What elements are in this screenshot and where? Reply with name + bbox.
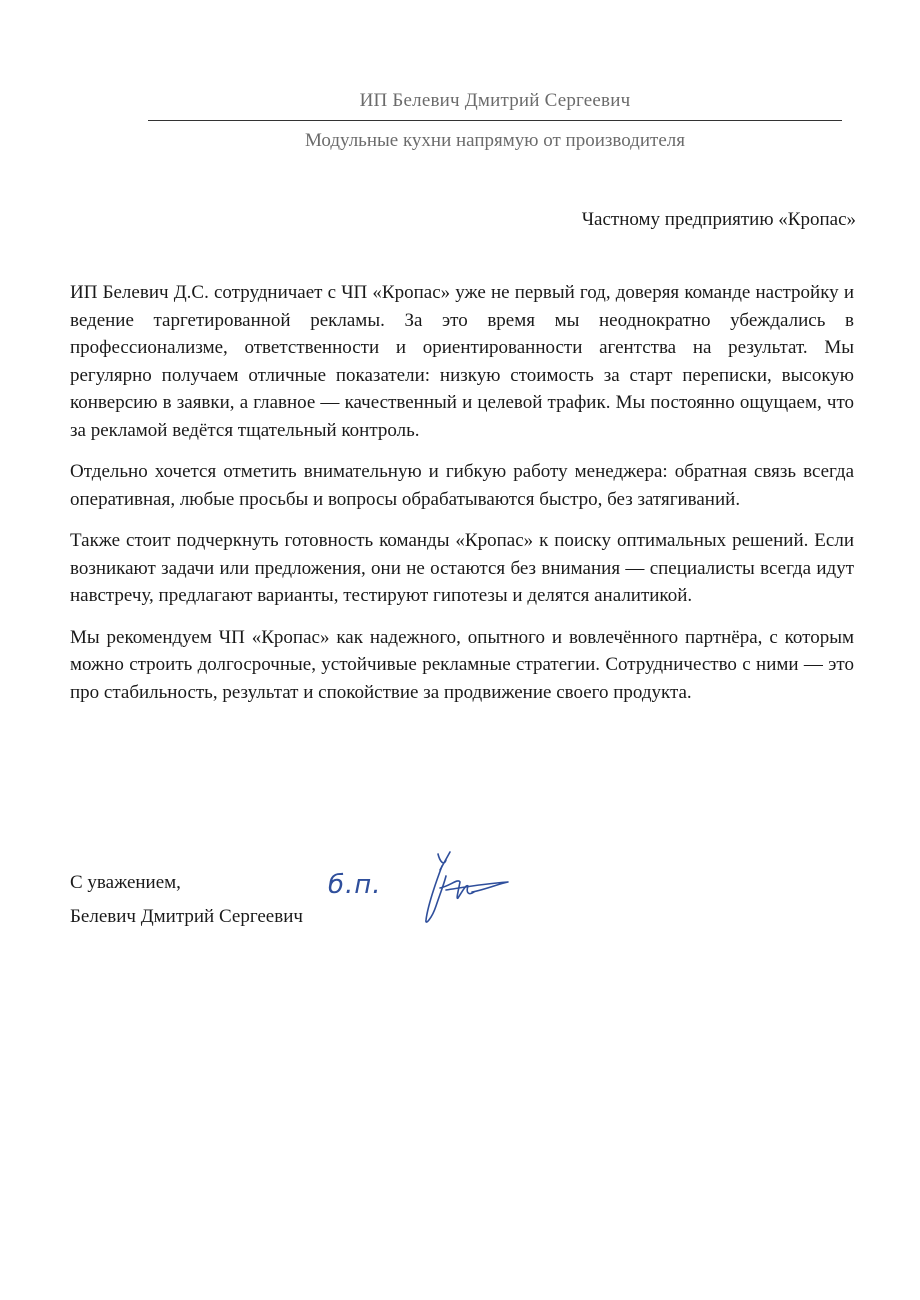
signature-note: б.п. [328, 870, 382, 900]
signer-name: Белевич Дмитрий Сергеевич [70, 906, 303, 928]
paragraph: Отдельно хочется отметить внимательную и… [70, 458, 854, 513]
closing-salutation: С уважением, [70, 872, 181, 894]
handwritten-signature-icon [410, 848, 520, 928]
letterhead-company-name: ИП Белевич Дмитрий Сергеевич [150, 90, 840, 112]
letter-page: ИП Белевич Дмитрий Сергеевич Модульные к… [0, 0, 920, 1300]
paragraph: ИП Белевич Д.С. сотрудничает с ЧП «Кропа… [70, 279, 854, 444]
letter-body: ИП Белевич Д.С. сотрудничает с ЧП «Кропа… [70, 279, 854, 720]
paragraph: Мы рекомендуем ЧП «Кропас» как надежного… [70, 624, 854, 707]
paragraph: Также стоит подчеркнуть готовность коман… [70, 527, 854, 610]
addressee: Частному предприятию «Кропас» [582, 209, 856, 231]
letterhead-divider [148, 120, 842, 121]
letterhead-tagline: Модульные кухни напрямую от производител… [150, 130, 840, 152]
